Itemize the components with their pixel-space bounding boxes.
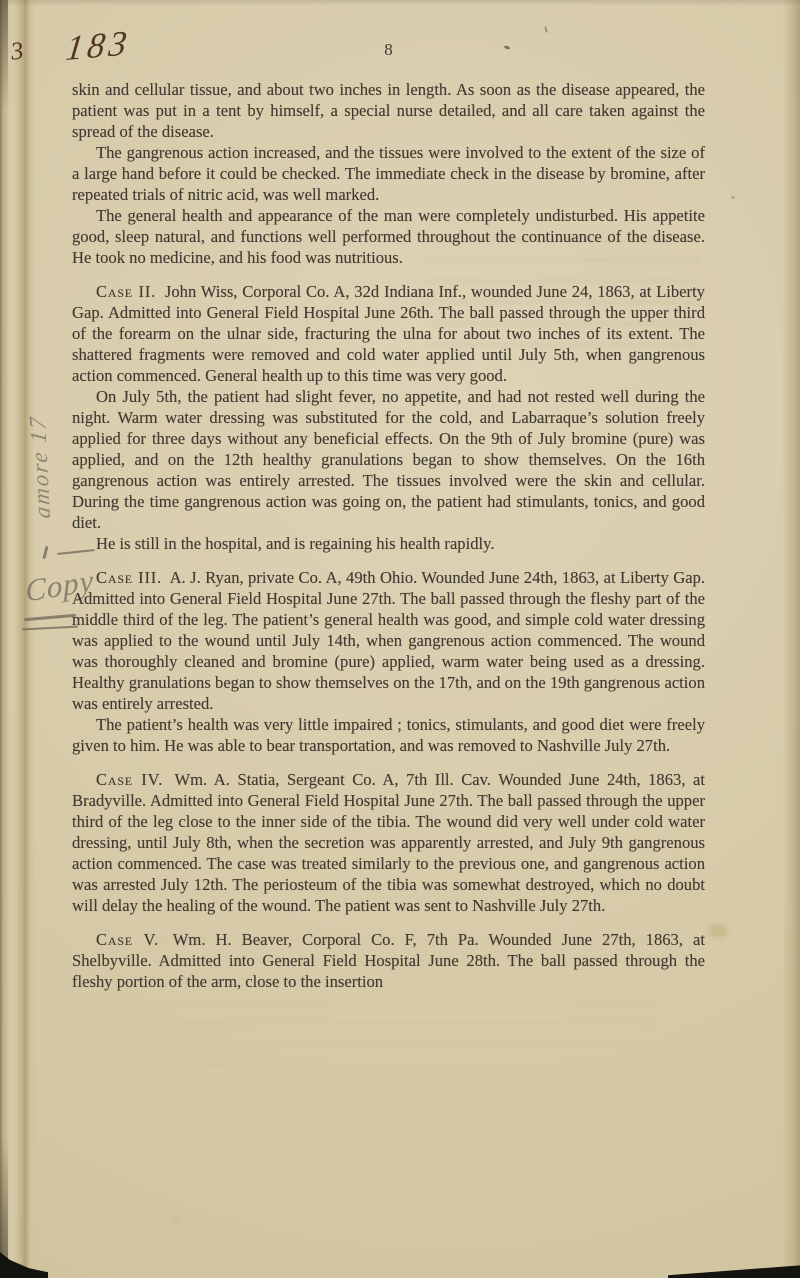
- case-iii-text: A. J. Ryan, private Co. A, 49th Ohio. Wo…: [72, 568, 705, 713]
- paragraph-gangrenous-action: The gangrenous action increased, and the…: [72, 142, 705, 205]
- case-iv-text: Wm. A. Statia, Sergeant Co. A, 7th Ill. …: [72, 770, 705, 915]
- paper-stain: [170, 1216, 180, 1222]
- case-iv-paragraph: Case IV. Wm. A. Statia, Sergeant Co. A, …: [72, 769, 705, 916]
- printed-page-number: 8: [72, 40, 705, 60]
- case-v-text: Wm. H. Beaver, Corporal Co. F, 7th Pa. W…: [72, 930, 705, 991]
- case-iii-label: Case III.: [96, 568, 162, 587]
- page-top-edge: [0, 0, 800, 6]
- paragraph-july-5th: On July 5th, the patient had slight feve…: [72, 386, 705, 533]
- margin-pencil-tick: [42, 546, 48, 559]
- paper-stain: [708, 924, 728, 938]
- margin-pencil-note-vertical: amore 17: [25, 414, 57, 519]
- case-iv-label: Case IV.: [96, 770, 163, 789]
- paragraph-still-in-hospital: He is still in the hospital, and is rega…: [72, 533, 705, 554]
- paragraph-general-health: The general health and appearance of the…: [72, 205, 705, 268]
- page-text-block: skin and cellular tissue, and about two …: [72, 79, 705, 992]
- case-ii-paragraph: Case II. John Wiss, Corporal Co. A, 32d …: [72, 281, 705, 386]
- handwritten-number-left: 3: [9, 37, 26, 66]
- book-gutter: [0, 0, 36, 1278]
- case-v-label: Case V.: [96, 930, 159, 949]
- case-ii-text: John Wiss, Corporal Co. A, 32d Indiana I…: [72, 282, 705, 385]
- ink-speck: [544, 26, 548, 33]
- case-ii-label: Case II.: [96, 282, 156, 301]
- case-v-paragraph: Case V. Wm. H. Beaver, Corporal Co. F, 7…: [72, 929, 705, 992]
- paragraph-patient-health: The patient’s health was very little imp…: [72, 714, 705, 756]
- scanned-book-page: 3 183 8 amore 17 Copy skin and cellular …: [0, 0, 800, 1278]
- ink-speck: [731, 196, 735, 199]
- paragraph-continuation: skin and cellular tissue, and about two …: [72, 79, 705, 142]
- photo-corner-bottom-right: [668, 1264, 800, 1278]
- case-iii-paragraph: Case III. A. J. Ryan, private Co. A, 49t…: [72, 567, 705, 714]
- page-right-edge: [782, 0, 800, 1278]
- gutter-shadow: [0, 0, 8, 110]
